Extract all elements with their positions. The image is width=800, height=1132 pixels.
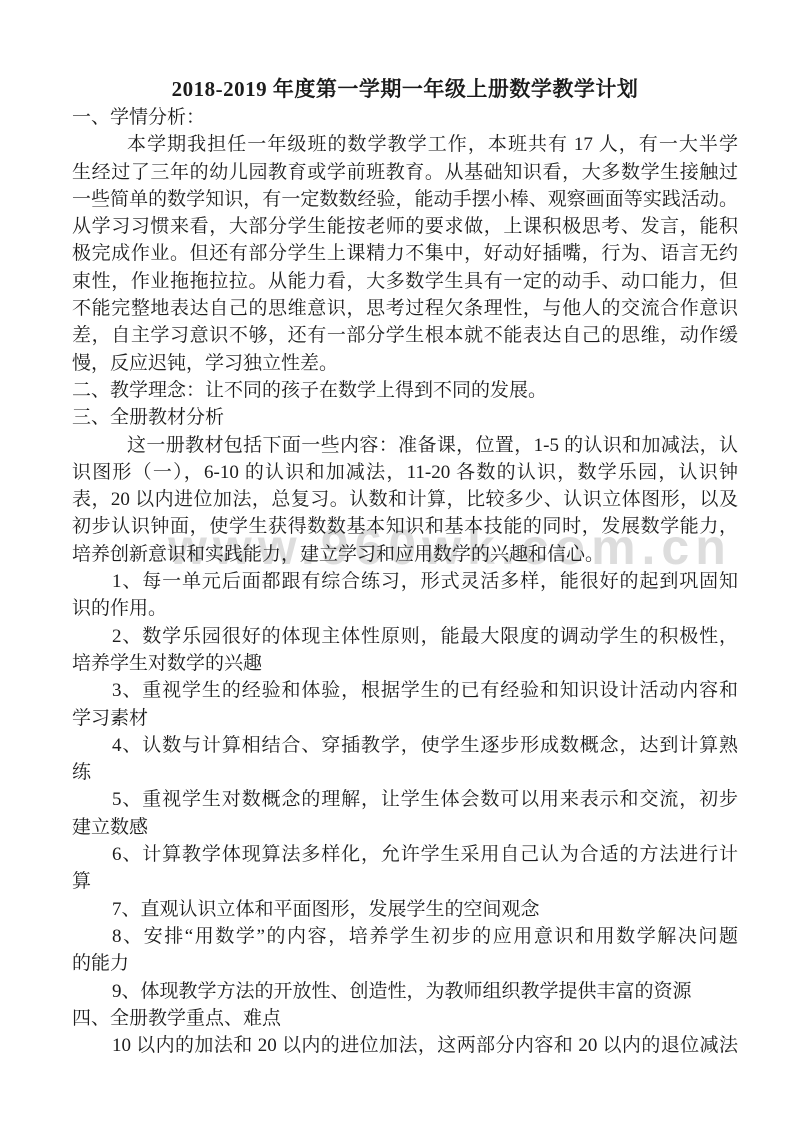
text-line: 慢，反应迟钝，学习独立性差。 <box>72 350 738 377</box>
text-line: 6、计算教学体现算法多样化，允许学生采用自己认为合适的方法进行计 <box>72 841 738 868</box>
text-line: 识图形（一），6-10 的认识和加减法，11-20 各数的认识，数学乐园，认识钟 <box>72 459 738 486</box>
text-line: 四、全册教学重点、难点 <box>72 1005 738 1032</box>
text-line: 2、数学乐园很好的体现主体性原则，能最大限度的调动学生的积极性， <box>72 623 738 650</box>
text-line: 7、直观认识立体和平面图形，发展学生的空间观念 <box>72 896 738 923</box>
text-line: 不能完整地表达自己的思维意识，思考过程欠条理性，与他人的交流合作意识 <box>72 295 738 322</box>
document-body: 一、学情分析：本学期我担任一年级班的数学教学工作，本班共有 17 人，有一大半学… <box>72 104 738 1059</box>
document-title: 2018-2019 年度第一学期一年级上册数学教学计划 <box>72 76 738 103</box>
text-line: 10 以内的加法和 20 以内的进位加法，这两部分内容和 20 以内的退位减法 <box>72 1032 738 1059</box>
text-line: 的能力 <box>72 950 738 977</box>
text-line: 表，20 以内进位加法，总复习。认数和计算，比较多少、认识立体图形，以及 <box>72 486 738 513</box>
text-line: 二、教学理念：让不同的孩子在数学上得到不同的发展。 <box>72 377 738 404</box>
text-line: 识的作用。 <box>72 595 738 622</box>
text-line: 极完成作业。但还有部分学生上课精力不集中，好动好插嘴，行为、语言无约 <box>72 240 738 267</box>
text-line: 三、全册教材分析 <box>72 404 738 431</box>
text-line: 1、每一单元后面都跟有综合练习，形式灵活多样，能很好的起到巩固知 <box>72 568 738 595</box>
text-line: 学习素材 <box>72 705 738 732</box>
text-line: 建立数感 <box>72 814 738 841</box>
text-line: 本学期我担任一年级班的数学教学工作，本班共有 17 人，有一大半学 <box>72 131 738 158</box>
text-line: 培养学生对数学的兴趣 <box>72 650 738 677</box>
text-line: 从学习习惯来看，大部分学生能按老师的要求做，上课积极思考、发言，能积 <box>72 213 738 240</box>
text-line: 5、重视学生对数概念的理解，让学生体会数可以用来表示和交流，初步 <box>72 786 738 813</box>
text-line: 培养创新意识和实践能力，建立学习和应用数学的兴趣和信心。 <box>72 541 738 568</box>
text-line: 束性，作业拖拖拉拉。从能力看，大多数学生具有一定的动手、动口能力，但 <box>72 268 738 295</box>
document-page: www.960wk.com.cn 2018-2019 年度第一学期一年级上册数学… <box>0 0 800 1132</box>
text-line: 4、认数与计算相结合、穿插教学，使学生逐步形成数概念，达到计算熟 <box>72 732 738 759</box>
text-line: 算 <box>72 868 738 895</box>
text-line: 差，自主学习意识不够，还有一部分学生根本就不能表达自己的思维，动作缓 <box>72 322 738 349</box>
text-line: 练 <box>72 759 738 786</box>
text-line: 3、重视学生的经验和体验，根据学生的已有经验和知识设计活动内容和 <box>72 677 738 704</box>
text-line: 一、学情分析： <box>72 104 738 131</box>
text-line: 初步认识钟面，使学生获得数数基本知识和基本技能的同时，发展数学能力， <box>72 513 738 540</box>
text-line: 一些简单的数学知识，有一定数数经验，能动手摆小棒、观察画面等实践活动。 <box>72 186 738 213</box>
text-line: 9、体现教学方法的开放性、创造性，为教师组织教学提供丰富的资源 <box>72 978 738 1005</box>
text-line: 生经过了三年的幼儿园教育或学前班教育。从基础知识看，大多数学生接触过 <box>72 159 738 186</box>
text-line: 8、安排“用数学”的内容，培养学生初步的应用意识和用数学解决问题 <box>72 923 738 950</box>
text-line: 这一册教材包括下面一些内容：准备课，位置，1-5 的认识和加减法，认 <box>72 432 738 459</box>
